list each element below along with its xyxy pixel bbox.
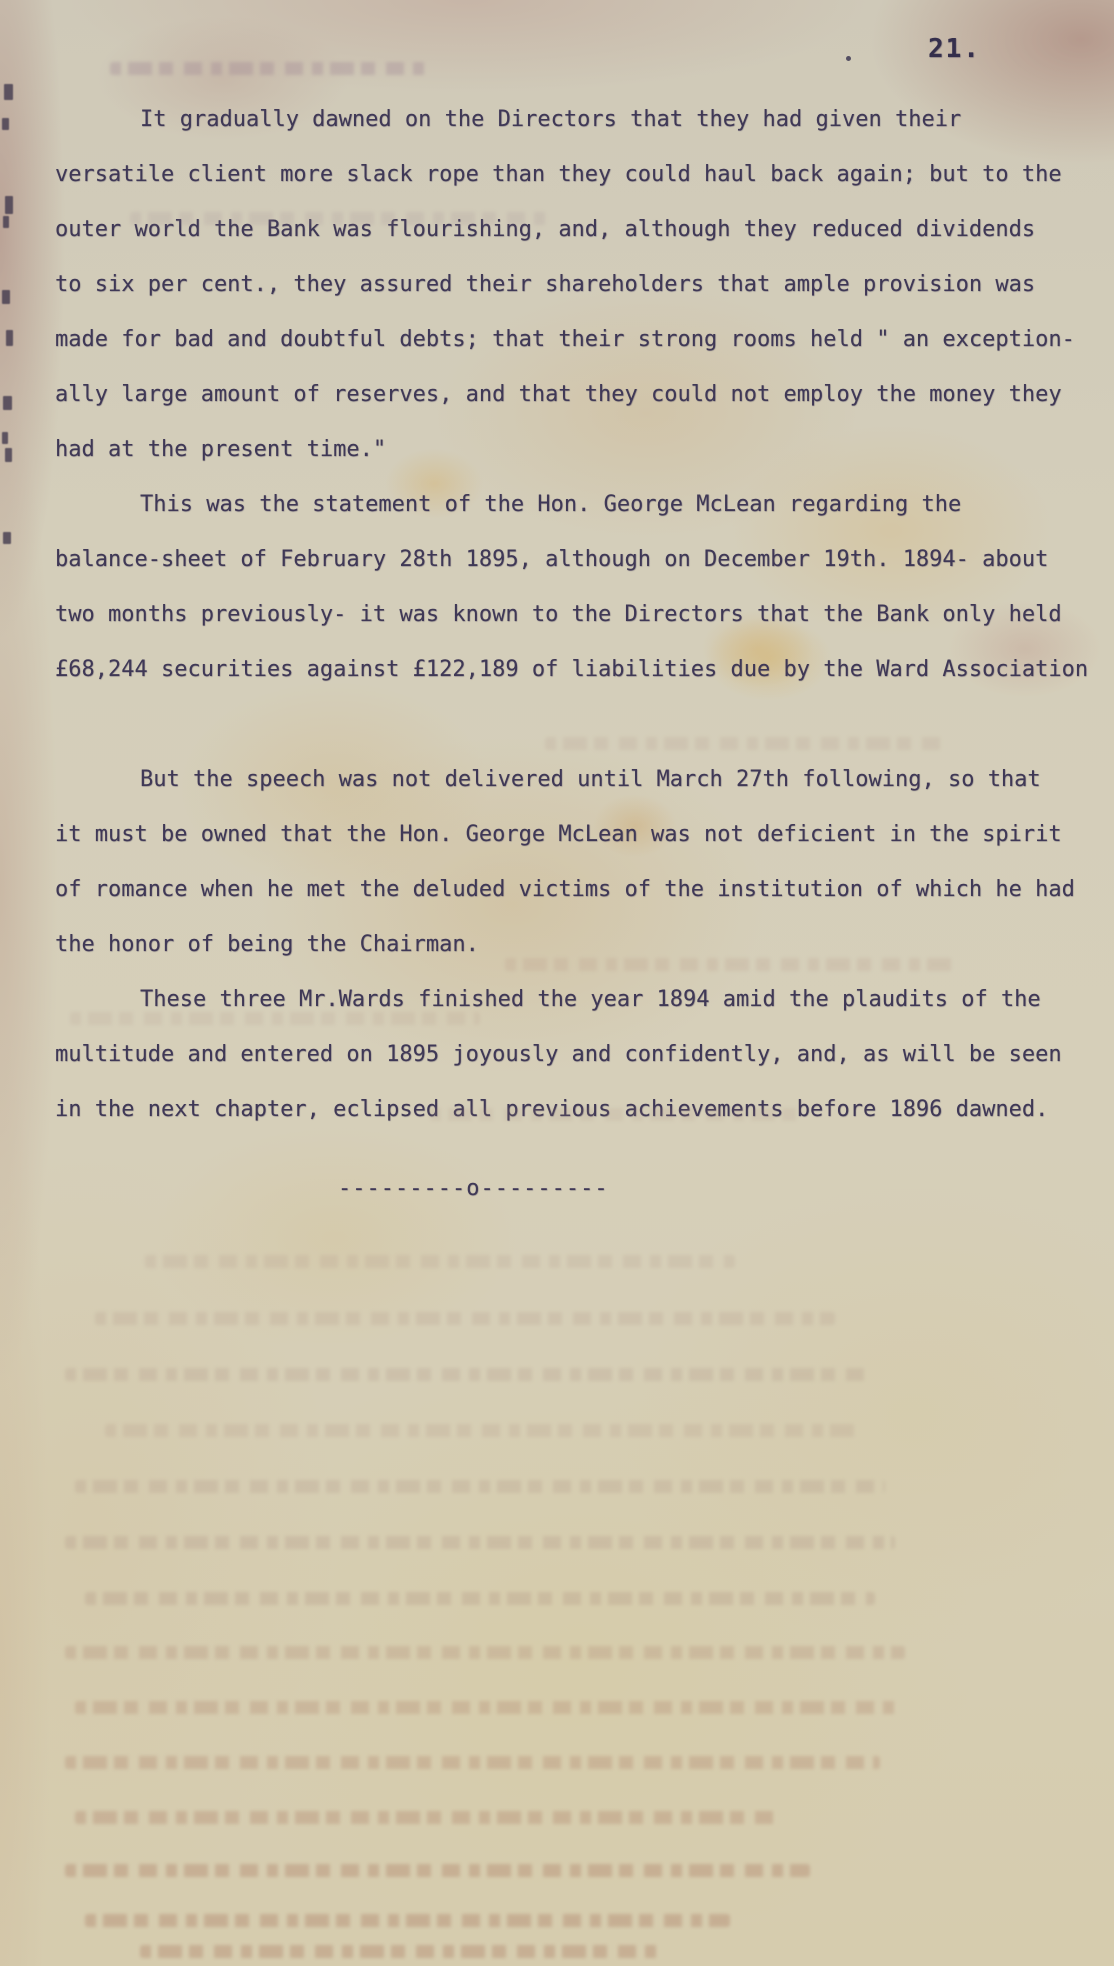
section-divider: ---------o---------	[338, 1161, 1085, 1216]
binding-edge-ink-fragment	[3, 216, 9, 228]
text-line: outer world the Bank was flourishing, an…	[55, 202, 1085, 257]
bleed-through-ghost-text	[65, 1646, 905, 1659]
binding-edge-ink-fragment	[3, 396, 12, 410]
text-line: £68,244 securities against £122,189 of l…	[55, 642, 1085, 697]
binding-edge-ink-fragment	[2, 290, 10, 304]
text-line: It gradually dawned on the Directors tha…	[55, 92, 1085, 147]
binding-edge-ink-fragment	[6, 330, 13, 346]
bleed-through-ghost-text	[545, 737, 945, 750]
text-line: of romance when he met the deluded victi…	[55, 862, 1085, 917]
bleed-through-ghost-text	[65, 1756, 880, 1769]
bleed-through-ghost-text	[65, 1536, 895, 1549]
bleed-through-ghost-text	[65, 1864, 810, 1877]
bleed-through-ghost-text	[70, 1012, 480, 1025]
text-line: ally large amount of reserves, and that …	[55, 367, 1085, 422]
bleed-through-ghost-text	[75, 1811, 775, 1824]
bleed-through-ghost-text	[145, 1255, 735, 1268]
text-line: two months previously- it was known to t…	[55, 587, 1085, 642]
page-number: 21.	[928, 34, 981, 64]
paragraph-1: It gradually dawned on the Directors tha…	[55, 92, 1085, 477]
text-line: multitude and entered on 1895 joyously a…	[55, 1027, 1085, 1082]
page-body-text: It gradually dawned on the Directors tha…	[55, 92, 1085, 1216]
text-line: to six per cent., they assured their sha…	[55, 257, 1085, 312]
bleed-through-ghost-text	[140, 1945, 660, 1958]
bleed-through-ghost-text	[505, 958, 955, 971]
text-line: made for bad and doubtful debts; that th…	[55, 312, 1085, 367]
binding-edge-ink-fragment	[2, 432, 8, 444]
paragraph-3: But the speech was not delivered until M…	[55, 752, 1085, 972]
bleed-through-ghost-text	[85, 1914, 730, 1927]
bleed-through-ghost-text	[105, 1424, 855, 1437]
bleed-through-ghost-text	[85, 1592, 875, 1605]
typewritten-page-scan: 21. It gradually dawned on the Directors…	[0, 0, 1114, 1966]
binding-edge-ink-fragment	[4, 84, 13, 100]
text-line: had at the present time."	[55, 422, 1085, 477]
binding-edge-ink-fragment	[5, 196, 13, 214]
ink-dot	[846, 56, 851, 61]
text-line: it must be owned that the Hon. George Mc…	[55, 807, 1085, 862]
text-line: balance-sheet of February 28th 1895, alt…	[55, 532, 1085, 587]
binding-edge-ink-fragment	[3, 532, 11, 544]
text-line: This was the statement of the Hon. Georg…	[55, 477, 1085, 532]
bleed-through-ghost-text	[430, 1108, 800, 1121]
binding-edge-ink-fragment	[2, 118, 9, 130]
bleed-through-ghost-text	[75, 1480, 885, 1493]
bleed-through-ghost-text	[95, 1312, 835, 1325]
bleed-through-ghost-text	[75, 1701, 900, 1714]
binding-edge-ink-fragment	[5, 448, 12, 462]
text-line: versatile client more slack rope than th…	[55, 147, 1085, 202]
bleed-through-ghost-text	[130, 212, 550, 225]
bleed-through-ghost-text	[110, 62, 430, 75]
text-line: But the speech was not delivered until M…	[55, 752, 1085, 807]
bleed-through-ghost-text	[65, 1368, 865, 1381]
paragraph-2: This was the statement of the Hon. Georg…	[55, 477, 1085, 697]
